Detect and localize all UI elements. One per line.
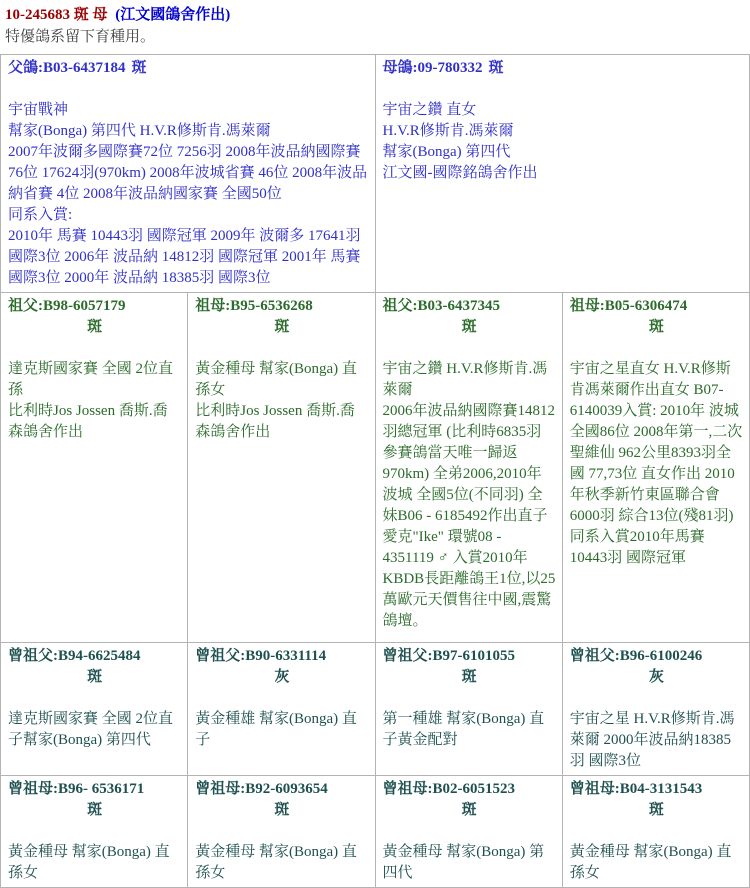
grandfather-maternal-cell: 祖父:B03-6437345斑 宇宙之鑽 H.V.R修斯肯.馮萊爾 2006年波… (375, 293, 562, 643)
great-grandfather-cell: 曾祖父:B97-6101055斑 第一種雄 幫家(Bonga) 直子黃金配對 (375, 643, 562, 776)
great-grandparent-header: 曾祖母:B96- 6536171斑 (8, 779, 181, 821)
great-grandparent-color-mark: 灰 (195, 667, 368, 688)
mother-cell: 母鴿:09-780332斑 宇宙之鑽 直女 H.V.R修斯肯.馮萊爾 幫家(Bo… (375, 55, 750, 293)
grandmother-maternal-cell: 祖母:B05-6306474斑 宇宙之星直女 H.V.R修斯肯馮萊爾作出直女 B… (562, 293, 749, 643)
great-grandparent-ring: 曾祖父:B94-6625484 (8, 648, 141, 664)
grandparent-ring: 祖父:B98-6057179 (8, 298, 126, 314)
great-grandparent-ring: 曾祖父:B96-6100246 (570, 648, 703, 664)
great-grandmother-cell: 曾祖母:B04-3131543斑 黃金種母 幫家(Bonga) 直孫女 (562, 776, 749, 888)
father-ring: 父鴿:B03-6437184 (8, 60, 126, 76)
great-grandparent-ring: 曾祖母:B96- 6536171 (8, 781, 144, 797)
bird-description: 特優鴿系留下育種用。 (5, 27, 744, 48)
great-grandparent-color-mark: 斑 (570, 800, 743, 821)
great-grandparent-record: 黃金種雄 幫家(Bonga) 直子 (195, 709, 368, 751)
mother-ring: 母鴿:09-780332 (383, 60, 483, 76)
great-grandparent-color-mark: 灰 (570, 667, 743, 688)
grandparent-record: 宇宙之鑽 H.V.R修斯肯.馮萊爾 2006年波品納國際賽14812羽總冠軍 (… (383, 359, 556, 632)
great-grandmother-cell: 曾祖母:B02-6051523斑 黃金種母 幫家(Bonga) 第四代 (375, 776, 562, 888)
great-grandparent-ring: 曾祖父:B97-6101055 (383, 648, 516, 664)
great-grandparent-record: 宇宙之星 H.V.R修斯肯.馮萊爾 2000年波品納18385羽 國際3位 (570, 709, 743, 772)
great-grandparent-color-mark: 斑 (383, 800, 556, 821)
father-header: 父鴿:B03-6437184斑 (8, 58, 369, 79)
parents-row: 父鴿:B03-6437184斑 宇宙戰神 幫家(Bonga) 第四代 H.V.R… (1, 55, 750, 293)
great-grandfathers-row: 曾祖父:B94-6625484斑 達克斯國家賽 全國 2位直子幫家(Bonga)… (1, 643, 750, 776)
great-grandparent-record: 黃金種母 幫家(Bonga) 直孫女 (8, 842, 181, 884)
great-grandparent-header: 曾祖母:B04-3131543斑 (570, 779, 743, 821)
title-line: 10-245683 斑 母 (江文國鴿舍作出) (5, 5, 744, 26)
mother-color-mark: 斑 (489, 60, 504, 76)
father-record: 宇宙戰神 幫家(Bonga) 第四代 H.V.R修斯肯.馮萊爾 2007年波爾多… (8, 100, 369, 289)
mother-record: 宇宙之鑽 直女 H.V.R修斯肯.馮萊爾 幫家(Bonga) 第四代 江文國-國… (383, 100, 744, 184)
great-grandmother-cell: 曾祖母:B96- 6536171斑 黃金種母 幫家(Bonga) 直孫女 (1, 776, 188, 888)
great-grandparent-color-mark: 斑 (195, 800, 368, 821)
grandparent-header: 祖父:B98-6057179斑 (8, 296, 181, 338)
father-color-mark: 斑 (132, 60, 147, 76)
great-grandparent-record: 黃金種母 幫家(Bonga) 直孫女 (195, 842, 368, 884)
great-grandparent-record: 黃金種母 幫家(Bonga) 直孫女 (570, 842, 743, 884)
grandmother-paternal-cell: 祖母:B95-6536268斑 黃金種母 幫家(Bonga) 直孫女 比利時Jo… (188, 293, 375, 643)
great-grandparent-ring: 曾祖母:B92-6093654 (195, 781, 328, 797)
great-grandparent-color-mark: 斑 (383, 667, 556, 688)
great-grandparent-header: 曾祖父:B94-6625484斑 (8, 646, 181, 688)
great-grandparent-header: 曾祖父:B90-6331114灰 (195, 646, 368, 688)
great-grandparent-color-mark: 斑 (8, 800, 181, 821)
grandparent-record: 達克斯國家賽 全國 2位直孫 比利時Jos Jossen 喬斯.喬森鴿舍作出 (8, 359, 181, 443)
grandparent-header: 祖母:B05-6306474斑 (570, 296, 743, 338)
grandparent-header: 祖父:B03-6437345斑 (383, 296, 556, 338)
mother-header: 母鴿:09-780332斑 (383, 58, 744, 79)
great-grandparent-record: 達克斯國家賽 全國 2位直子幫家(Bonga) 第四代 (8, 709, 181, 751)
great-grandfather-cell: 曾祖父:B94-6625484斑 達克斯國家賽 全國 2位直子幫家(Bonga)… (1, 643, 188, 776)
great-grandparent-ring: 曾祖母:B02-6051523 (383, 781, 516, 797)
grandparent-ring: 祖母:B05-6306474 (570, 298, 688, 314)
great-grandparent-header: 曾祖父:B96-6100246灰 (570, 646, 743, 688)
great-grandparent-record: 黃金種母 幫家(Bonga) 第四代 (383, 842, 556, 884)
grandparent-color-mark: 斑 (195, 317, 368, 338)
great-grandparent-ring: 曾祖母:B04-3131543 (570, 781, 703, 797)
great-grandfather-cell: 曾祖父:B96-6100246灰 宇宙之星 H.V.R修斯肯.馮萊爾 2000年… (562, 643, 749, 776)
great-grandparent-header: 曾祖母:B92-6093654斑 (195, 779, 368, 821)
great-grandparent-ring: 曾祖父:B90-6331114 (195, 648, 326, 664)
page-header: 10-245683 斑 母 (江文國鴿舍作出) 特優鴿系留下育種用。 (0, 0, 750, 54)
great-grandmothers-row: 曾祖母:B96- 6536171斑 黃金種母 幫家(Bonga) 直孫女 曾祖母… (1, 776, 750, 888)
grandparent-record: 黃金種母 幫家(Bonga) 直孫女 比利時Jos Jossen 喬斯.喬森鴿舍… (195, 359, 368, 443)
grandparent-header: 祖母:B95-6536268斑 (195, 296, 368, 338)
grandparent-ring: 祖父:B03-6437345 (383, 298, 501, 314)
great-grandparent-record: 第一種雄 幫家(Bonga) 直子黃金配對 (383, 709, 556, 751)
grandparent-color-mark: 斑 (8, 317, 181, 338)
great-grandmother-cell: 曾祖母:B92-6093654斑 黃金種母 幫家(Bonga) 直孫女 (188, 776, 375, 888)
grandparent-record: 宇宙之星直女 H.V.R修斯肯馮萊爾作出直女 B07-6140039入賞: 20… (570, 359, 743, 569)
grandfather-paternal-cell: 祖父:B98-6057179斑 達克斯國家賽 全國 2位直孫 比利時Jos Jo… (1, 293, 188, 643)
father-cell: 父鴿:B03-6437184斑 宇宙戰神 幫家(Bonga) 第四代 H.V.R… (1, 55, 376, 293)
great-grandparent-header: 曾祖母:B02-6051523斑 (383, 779, 556, 821)
great-grandparent-header: 曾祖父:B97-6101055斑 (383, 646, 556, 688)
great-grandfather-cell: 曾祖父:B90-6331114灰 黃金種雄 幫家(Bonga) 直子 (188, 643, 375, 776)
grandparent-ring: 祖母:B95-6536268 (195, 298, 313, 314)
breeder-note: (江文國鴿舍作出) (115, 7, 230, 23)
grandparent-color-mark: 斑 (570, 317, 743, 338)
grandparents-row: 祖父:B98-6057179斑 達克斯國家賽 全國 2位直孫 比利時Jos Jo… (1, 293, 750, 643)
pedigree-table: 父鴿:B03-6437184斑 宇宙戰神 幫家(Bonga) 第四代 H.V.R… (0, 54, 750, 888)
grandparent-color-mark: 斑 (383, 317, 556, 338)
great-grandparent-color-mark: 斑 (8, 667, 181, 688)
bird-ring-title: 10-245683 斑 母 (5, 7, 108, 23)
